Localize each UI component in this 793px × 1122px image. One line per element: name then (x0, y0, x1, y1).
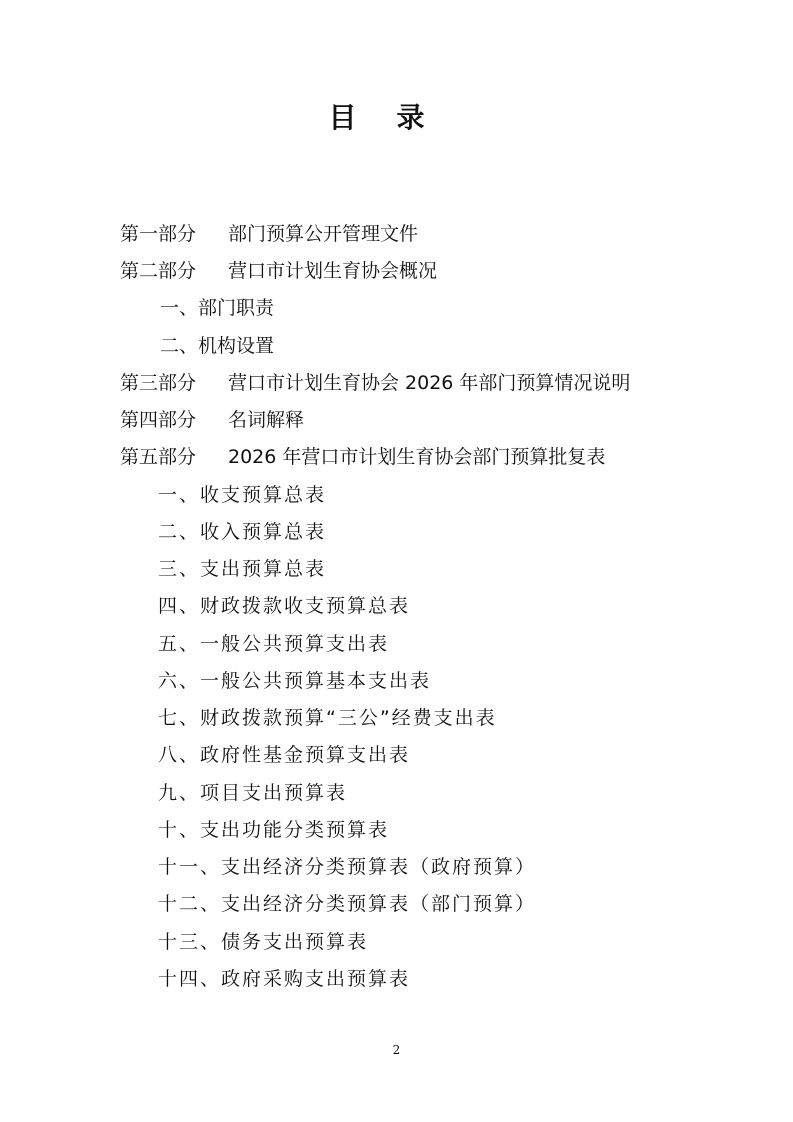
toc-item[interactable]: 五、一般公共预算支出表 (158, 629, 389, 656)
toc-part-4[interactable]: 第四部分名词解释 (120, 405, 304, 432)
toc-item[interactable]: 一、部门职责 (160, 293, 274, 320)
toc-item[interactable]: 一、收支预算总表 (158, 480, 326, 507)
toc-item[interactable]: 十一、支出经济分类预算表（政府预算） (158, 852, 536, 879)
toc-item[interactable]: 六、一般公共预算基本支出表 (158, 666, 431, 693)
part-text: 名词解释 (228, 409, 304, 431)
part-label: 第二部分 (120, 256, 228, 283)
toc-item[interactable]: 十、支出功能分类预算表 (158, 815, 389, 842)
toc-item[interactable]: 九、项目支出预算表 (158, 778, 347, 805)
toc-part-3[interactable]: 第三部分营口市计划生育协会 2026 年部门预算情况说明 (120, 368, 630, 395)
part-text: 部门预算公开管理文件 (228, 223, 418, 245)
toc-part-5[interactable]: 第五部分2026 年营口市计划生育协会部门预算批复表 (120, 442, 605, 469)
toc-item[interactable]: 四、财政拨款收支预算总表 (158, 591, 410, 618)
toc-item[interactable]: 十三、债务支出预算表 (158, 927, 368, 954)
toc-item[interactable]: 二、收入预算总表 (158, 517, 326, 544)
part-text: 2026 年营口市计划生育协会部门预算批复表 (228, 446, 605, 468)
toc-item[interactable]: 七、财政拨款预算“三公”经费支出表 (158, 703, 497, 730)
toc-item[interactable]: 八、政府性基金预算支出表 (158, 740, 410, 767)
toc-item[interactable]: 二、机构设置 (160, 331, 274, 358)
page-number: 2 (0, 1043, 793, 1057)
toc-item[interactable]: 十二、支出经济分类预算表（部门预算） (158, 889, 536, 916)
part-label: 第五部分 (120, 442, 228, 469)
toc-item[interactable]: 三、支出预算总表 (158, 554, 326, 581)
part-text: 营口市计划生育协会概况 (228, 260, 437, 282)
part-label: 第一部分 (120, 219, 228, 246)
toc-part-1[interactable]: 第一部分部门预算公开管理文件 (120, 219, 418, 246)
toc-item[interactable]: 十四、政府采购支出预算表 (158, 964, 410, 991)
part-label: 第三部分 (120, 368, 228, 395)
part-label: 第四部分 (120, 405, 228, 432)
toc-part-2[interactable]: 第二部分营口市计划生育协会概况 (120, 256, 437, 283)
part-text: 营口市计划生育协会 2026 年部门预算情况说明 (228, 372, 630, 394)
page-title: 目录 (0, 96, 793, 136)
